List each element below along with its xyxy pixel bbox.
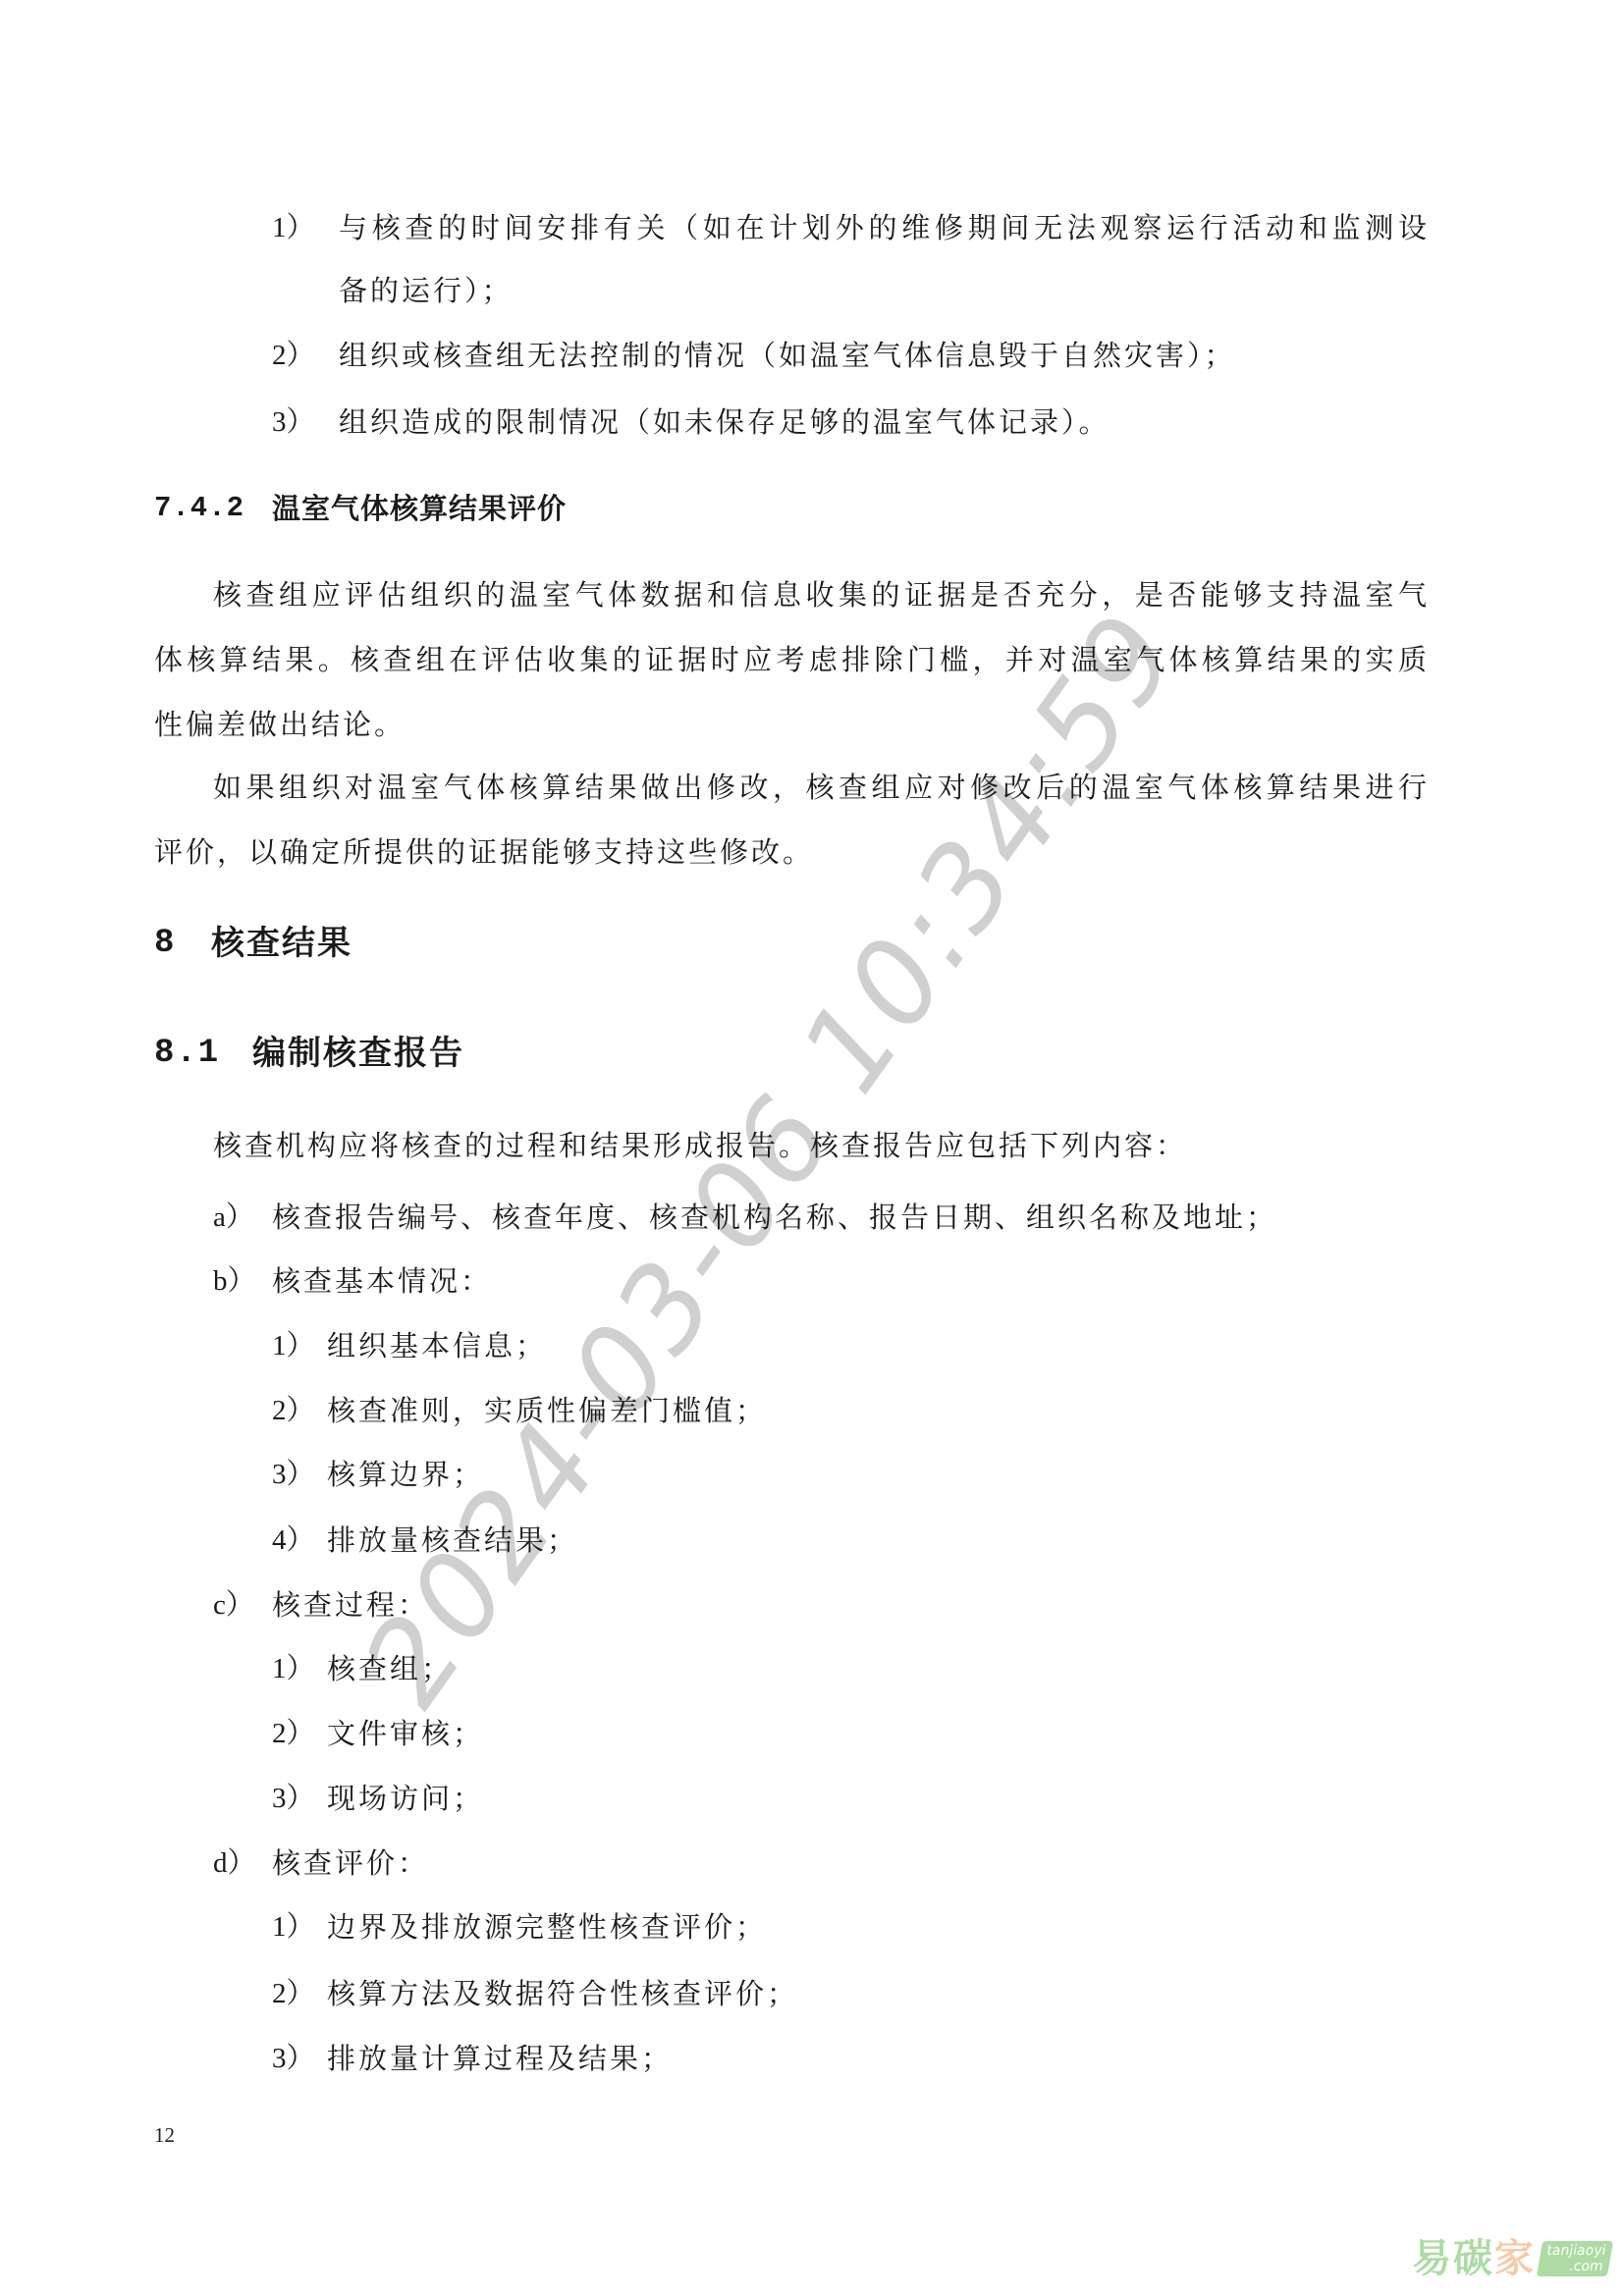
paragraph-line: 体核算结果。核查组在评估收集的证据时应考虑排除门槛，并对温室气体核算结果的实质 — [154, 640, 1427, 679]
sub-item: 文件审核； — [327, 1714, 484, 1753]
list-marker: 1） — [272, 208, 315, 247]
section-title: 核查结果 — [211, 920, 352, 967]
sub-item: 核算边界； — [327, 1455, 484, 1494]
logo-char: 碳 — [1453, 2236, 1492, 2281]
logo-badge-domain: tanjiaoyi — [1545, 2243, 1607, 2259]
section-number: 7.4.2 — [154, 489, 244, 528]
item-marker: c） — [213, 1585, 254, 1625]
sub-item: 现场访问； — [327, 1779, 484, 1818]
sub-item-marker: 2） — [272, 1391, 315, 1430]
intro-paragraph: 核查机构应将核查的过程和结果形成报告。核查报告应包括下列内容： — [213, 1126, 1187, 1165]
paragraph-line: 核查组应评估组织的温室气体数据和信息收集的证据是否充分，是否能够支持温室气 — [213, 575, 1427, 614]
sub-item: 排放量计算过程及结果； — [327, 2039, 673, 2078]
list-item-text: 组织造成的限制情况（如未保存足够的温室气体记录）。 — [339, 402, 1110, 442]
paragraph-line: 评价，以确定所提供的证据能够支持这些修改。 — [154, 832, 814, 872]
report-item: 核查过程： — [272, 1585, 429, 1625]
list-marker: 3） — [272, 402, 315, 442]
sub-item-marker: 3） — [272, 1779, 315, 1818]
report-item: 核查评价： — [272, 1843, 429, 1883]
item-marker: a） — [213, 1198, 254, 1237]
list-marker: 2） — [272, 336, 315, 375]
paragraph-line: 如果组织对温室气体核算结果做出修改，核查组应对修改后的温室气体核算结果进行 — [213, 768, 1427, 807]
sub-item-marker: 1） — [272, 1649, 315, 1688]
sub-item: 核算方法及数据符合性核查评价； — [327, 1974, 798, 2013]
sub-item-marker: 4） — [272, 1521, 315, 1560]
site-logo: 易 碳 家 tanjiaoyi .com — [1412, 2236, 1610, 2281]
sub-item-marker: 2） — [272, 1714, 315, 1753]
section-title: 温室气体核算结果评价 — [272, 489, 567, 528]
sub-item-marker: 1） — [272, 1326, 315, 1365]
logo-char: 家 — [1494, 2236, 1534, 2281]
list-item-text: 与核查的时间安排有关（如在计划外的维修期间无法观察运行活动和监测设 — [339, 208, 1427, 247]
list-item-text-continued: 备的运行）； — [339, 271, 514, 310]
page-number: 12 — [154, 2122, 175, 2148]
sub-item-marker: 2） — [272, 1974, 315, 2013]
sub-item-marker: 3） — [272, 1455, 315, 1494]
sub-item-marker: 1） — [272, 1907, 315, 1947]
sub-item: 核查组； — [327, 1649, 453, 1688]
sub-item: 组织基本信息； — [327, 1326, 547, 1365]
logo-badge-tld: .com — [1543, 2259, 1604, 2274]
list-item-text: 组织或核查组无法控制的情况（如温室气体信息毁于自然灾害）； — [339, 336, 1236, 375]
report-item: 核查基本情况： — [272, 1261, 492, 1301]
section-number: 8 — [154, 920, 176, 967]
paragraph-line: 性偏差做出结论。 — [154, 705, 406, 744]
sub-item: 排放量核查结果； — [327, 1521, 578, 1560]
report-item: 核查报告编号、核查年度、核查机构名称、报告日期、组织名称及地址； — [272, 1198, 1277, 1237]
item-marker: b） — [213, 1261, 256, 1301]
sub-item: 边界及排放源完整性核查评价； — [327, 1907, 767, 1947]
document-page: 2024-03-06 10:34:59 1） 与核查的时间安排有关（如在计划外的… — [0, 0, 1624, 2296]
logo-char: 易 — [1412, 2236, 1451, 2281]
section-number: 8.1 — [154, 1030, 220, 1077]
section-title: 编制核查报告 — [252, 1030, 464, 1077]
item-marker: d） — [213, 1843, 256, 1883]
sub-item: 核查准则，实质性偏差门槛值； — [327, 1391, 767, 1430]
logo-badge: tanjiaoyi .com — [1537, 2241, 1613, 2276]
sub-item-marker: 3） — [272, 2039, 315, 2078]
